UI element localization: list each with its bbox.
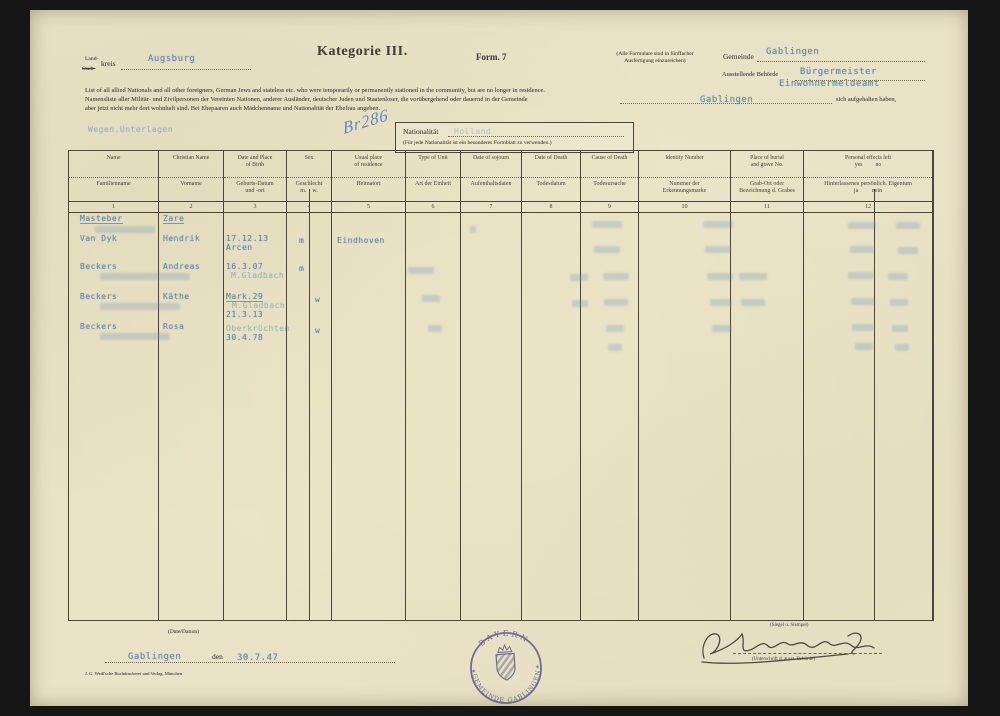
ink-smudge — [592, 221, 622, 228]
typed-entry: m — [299, 236, 304, 245]
column-3-header-en: Date and Placeof Birth — [224, 151, 286, 178]
kreis-label: kreis — [101, 59, 116, 68]
ink-smudge — [896, 222, 920, 229]
typed-entry: w — [315, 326, 320, 335]
column-9-header-de: Todesursache — [581, 178, 638, 202]
ink-smudge — [422, 295, 440, 302]
typed-entry: Andreas — [163, 262, 200, 271]
ink-smudge — [572, 300, 588, 307]
signature-caption-bottom: (Unterschrift d. ausst. Behörde) — [752, 657, 815, 662]
typed-entry: Rosa — [163, 322, 184, 331]
ink-smudge — [606, 325, 624, 332]
column-2-number: 2 — [159, 202, 223, 213]
nationality-note: (Für jede Nationalität ist ein besondere… — [403, 140, 552, 147]
ink-smudge — [850, 246, 874, 253]
column-2-header-en: Christian Name — [159, 151, 223, 178]
copies-note: (Alle Formulare sind in fünffacher Ausfe… — [590, 51, 720, 64]
column-7-header-de: Aufenthaltsdaten — [461, 178, 521, 202]
ink-smudge — [570, 274, 588, 281]
column-12-header-de: Hinterlassenes persönlich. Eigentumja ne… — [804, 178, 932, 202]
ink-smudge — [898, 247, 918, 254]
column-12-header-en: Personal effects leftyes no — [804, 151, 932, 178]
ink-smudge — [855, 343, 873, 350]
typed-entry: 16.3.07 — [226, 262, 263, 271]
column-5-header-en: Usual placeof residence — [332, 151, 405, 178]
ink-smudge — [892, 325, 908, 332]
typed-entry: Masteber — [80, 214, 123, 224]
column-1-header-en: Name — [69, 151, 158, 178]
column-5-number: 5 — [332, 202, 405, 213]
typed-entry: M.Gladbach — [232, 301, 285, 310]
intro-german-before: Namensliste aller Militär- und Zivilpers… — [85, 96, 528, 104]
ink-smudge — [603, 273, 629, 280]
table-column-7: Date of sojournAufenthaltsdaten7 — [461, 151, 522, 620]
ink-smudge — [712, 325, 732, 332]
typed-entry: Käthe — [163, 292, 190, 301]
ink-smudge — [707, 273, 733, 280]
typed-entry: Zare — [163, 214, 184, 224]
den-label: den — [212, 652, 223, 661]
ink-smudge — [739, 273, 767, 280]
column-10-header-en: Identity Number — [639, 151, 730, 178]
ink-smudge — [852, 324, 874, 331]
ink-smudge — [851, 298, 875, 305]
typed-note: Wegen.Unterlagen — [88, 125, 173, 134]
column-9-number: 9 — [581, 202, 638, 213]
ink-smudge — [604, 299, 628, 306]
ink-smudge — [408, 267, 434, 274]
nationality-dotted-line — [448, 136, 624, 137]
behoerde-value-line2: Einwohnermeldeamt — [779, 80, 880, 89]
column-9-header-en: Cause of Death — [581, 151, 638, 178]
column-2-header-de: Vorname — [159, 178, 223, 202]
ink-smudge — [100, 303, 180, 310]
intro-english: List of all allied Nationals and all oth… — [85, 87, 545, 95]
gemeinde-dotted-line — [757, 61, 925, 62]
ink-smudge — [703, 221, 733, 228]
nationality-label: Nationalität — [403, 127, 438, 136]
typed-entry: 17.12.13 — [226, 234, 269, 243]
table-column-8: Date of DeathTodesdatum8 — [522, 151, 581, 620]
column-7-number: 7 — [461, 202, 521, 213]
table-column-3: Date and Placeof BirthGeburts-Datumund -… — [224, 151, 287, 620]
column-6-number: 6 — [406, 202, 460, 213]
signature-line — [733, 653, 882, 654]
registry-table: NameFamilienname1Christian NameVorname2D… — [68, 150, 934, 621]
ink-smudge — [594, 246, 620, 253]
stamp-star-left: ✶ — [471, 668, 477, 675]
kreis-value: Augsburg — [148, 55, 195, 64]
typed-entry: w — [315, 295, 320, 304]
typed-entry: Beckers — [80, 262, 117, 271]
typed-entry: Hendrik — [163, 234, 200, 243]
column-10-number: 10 — [639, 202, 730, 213]
municipal-stamp: BAYERN GEMEINDE GABLINGEN ✶ ✶ — [460, 628, 552, 708]
ink-smudge — [888, 273, 908, 280]
nationality-value: Holland — [454, 127, 491, 136]
column-1-header-de: Familienname — [69, 178, 158, 202]
typed-entry: Van Dyk — [80, 234, 117, 243]
ink-smudge — [895, 344, 909, 351]
column-11-header-de: Grab-Ort oderBezeichnung d. Grabes — [731, 178, 803, 202]
column-3-number: 3 — [224, 202, 286, 213]
ink-smudge — [710, 299, 732, 306]
stamp-shield — [496, 653, 516, 680]
column-11-header-en: Place of burialand grave No. — [731, 151, 803, 178]
stamp-star-right: ✶ — [535, 664, 541, 671]
ink-smudge — [100, 273, 190, 280]
column-3-header-de: Geburts-Datumund -ort — [224, 178, 286, 202]
column-8-number: 8 — [522, 202, 580, 213]
typed-entry: m — [299, 264, 304, 273]
intro-german-line3: aber jetzt nicht mehr dort wohnhaft sind… — [85, 105, 380, 113]
ink-smudge — [848, 272, 874, 279]
behoerde-value-line1: Bürgermeister — [800, 68, 877, 77]
typed-entry: 30.4.78 — [226, 333, 263, 342]
stamp-art: BAYERN GEMEINDE GABLINGEN ✶ ✶ — [468, 628, 545, 707]
land-label: Land- — [85, 56, 98, 63]
column-7-header-en: Date of sojourn — [461, 151, 521, 178]
column-8-header-de: Todesdatum — [522, 178, 580, 202]
ink-smudge — [428, 325, 442, 332]
ink-smudge — [741, 299, 765, 306]
scanned-document-page: Land- Stadt- kreis Augsburg Kategorie II… — [0, 0, 1000, 716]
intro-german-after: sich aufgehalten haben, — [836, 96, 896, 104]
nationality-box: Nationalität Holland (Für jede Nationali… — [395, 122, 634, 153]
column-4-subdivider — [309, 189, 310, 620]
form-number: Form. 7 — [476, 52, 507, 62]
stamp-crown — [497, 645, 511, 653]
typed-entry: 21.3.13 — [226, 310, 263, 319]
page-title: Kategorie III. — [317, 44, 408, 60]
column-5-header-de: Heimatort — [332, 178, 405, 202]
typed-entry: Beckers — [80, 322, 117, 331]
table-column-11: Place of burialand grave No.Grab-Ort ode… — [731, 151, 804, 620]
column-6-header-en: Type of Unit — [406, 151, 460, 178]
column-12-number: 12 — [804, 202, 932, 213]
table-column-5: Usual placeof residenceHeimatort5 — [332, 151, 406, 620]
ink-smudge — [705, 246, 731, 253]
typed-entry: M.Gladbach — [231, 271, 284, 280]
printer-imprint: J. G. Weiß'sche Buchdruckerei und Verlag… — [85, 671, 182, 676]
typed-entry: Oberkrüchten — [226, 324, 290, 333]
ink-smudge — [890, 299, 908, 306]
ink-smudge — [470, 226, 476, 233]
date-caption: (Date/Datum) — [168, 629, 199, 636]
ink-smudge — [100, 333, 170, 340]
ink-smudge — [848, 222, 876, 229]
column-1-number: 1 — [69, 202, 158, 213]
column-10-header-de: Nummer derErkennungsmarke — [639, 178, 730, 202]
footer-place-value: Gablingen — [128, 653, 181, 662]
ink-smudge — [95, 226, 155, 233]
ink-smudge — [608, 344, 622, 351]
column-12-subdivider — [874, 189, 875, 620]
typed-entry: Eindhoven — [337, 236, 385, 245]
table-column-6: Type of UnitArt der Einheit6 — [406, 151, 461, 620]
kreis-dotted-line — [121, 69, 251, 70]
footer-date-value: 30.7.47 — [237, 654, 278, 663]
column-4-header-en: Sex — [287, 151, 331, 178]
column-11-number: 11 — [731, 202, 803, 213]
typed-entry: Arcen — [226, 243, 253, 252]
column-6-header-de: Art der Einheit — [406, 178, 460, 202]
column-8-header-en: Date of Death — [522, 151, 580, 178]
stadt-label: Stadt- — [82, 66, 95, 73]
intro-place-value: Gablingen — [700, 96, 753, 105]
typed-entry: Beckers — [80, 292, 117, 301]
gemeinde-label: Gemeinde — [723, 52, 754, 61]
gemeinde-value: Gablingen — [766, 48, 819, 57]
behoerde-label: Ausstellende Behörde — [722, 71, 778, 79]
